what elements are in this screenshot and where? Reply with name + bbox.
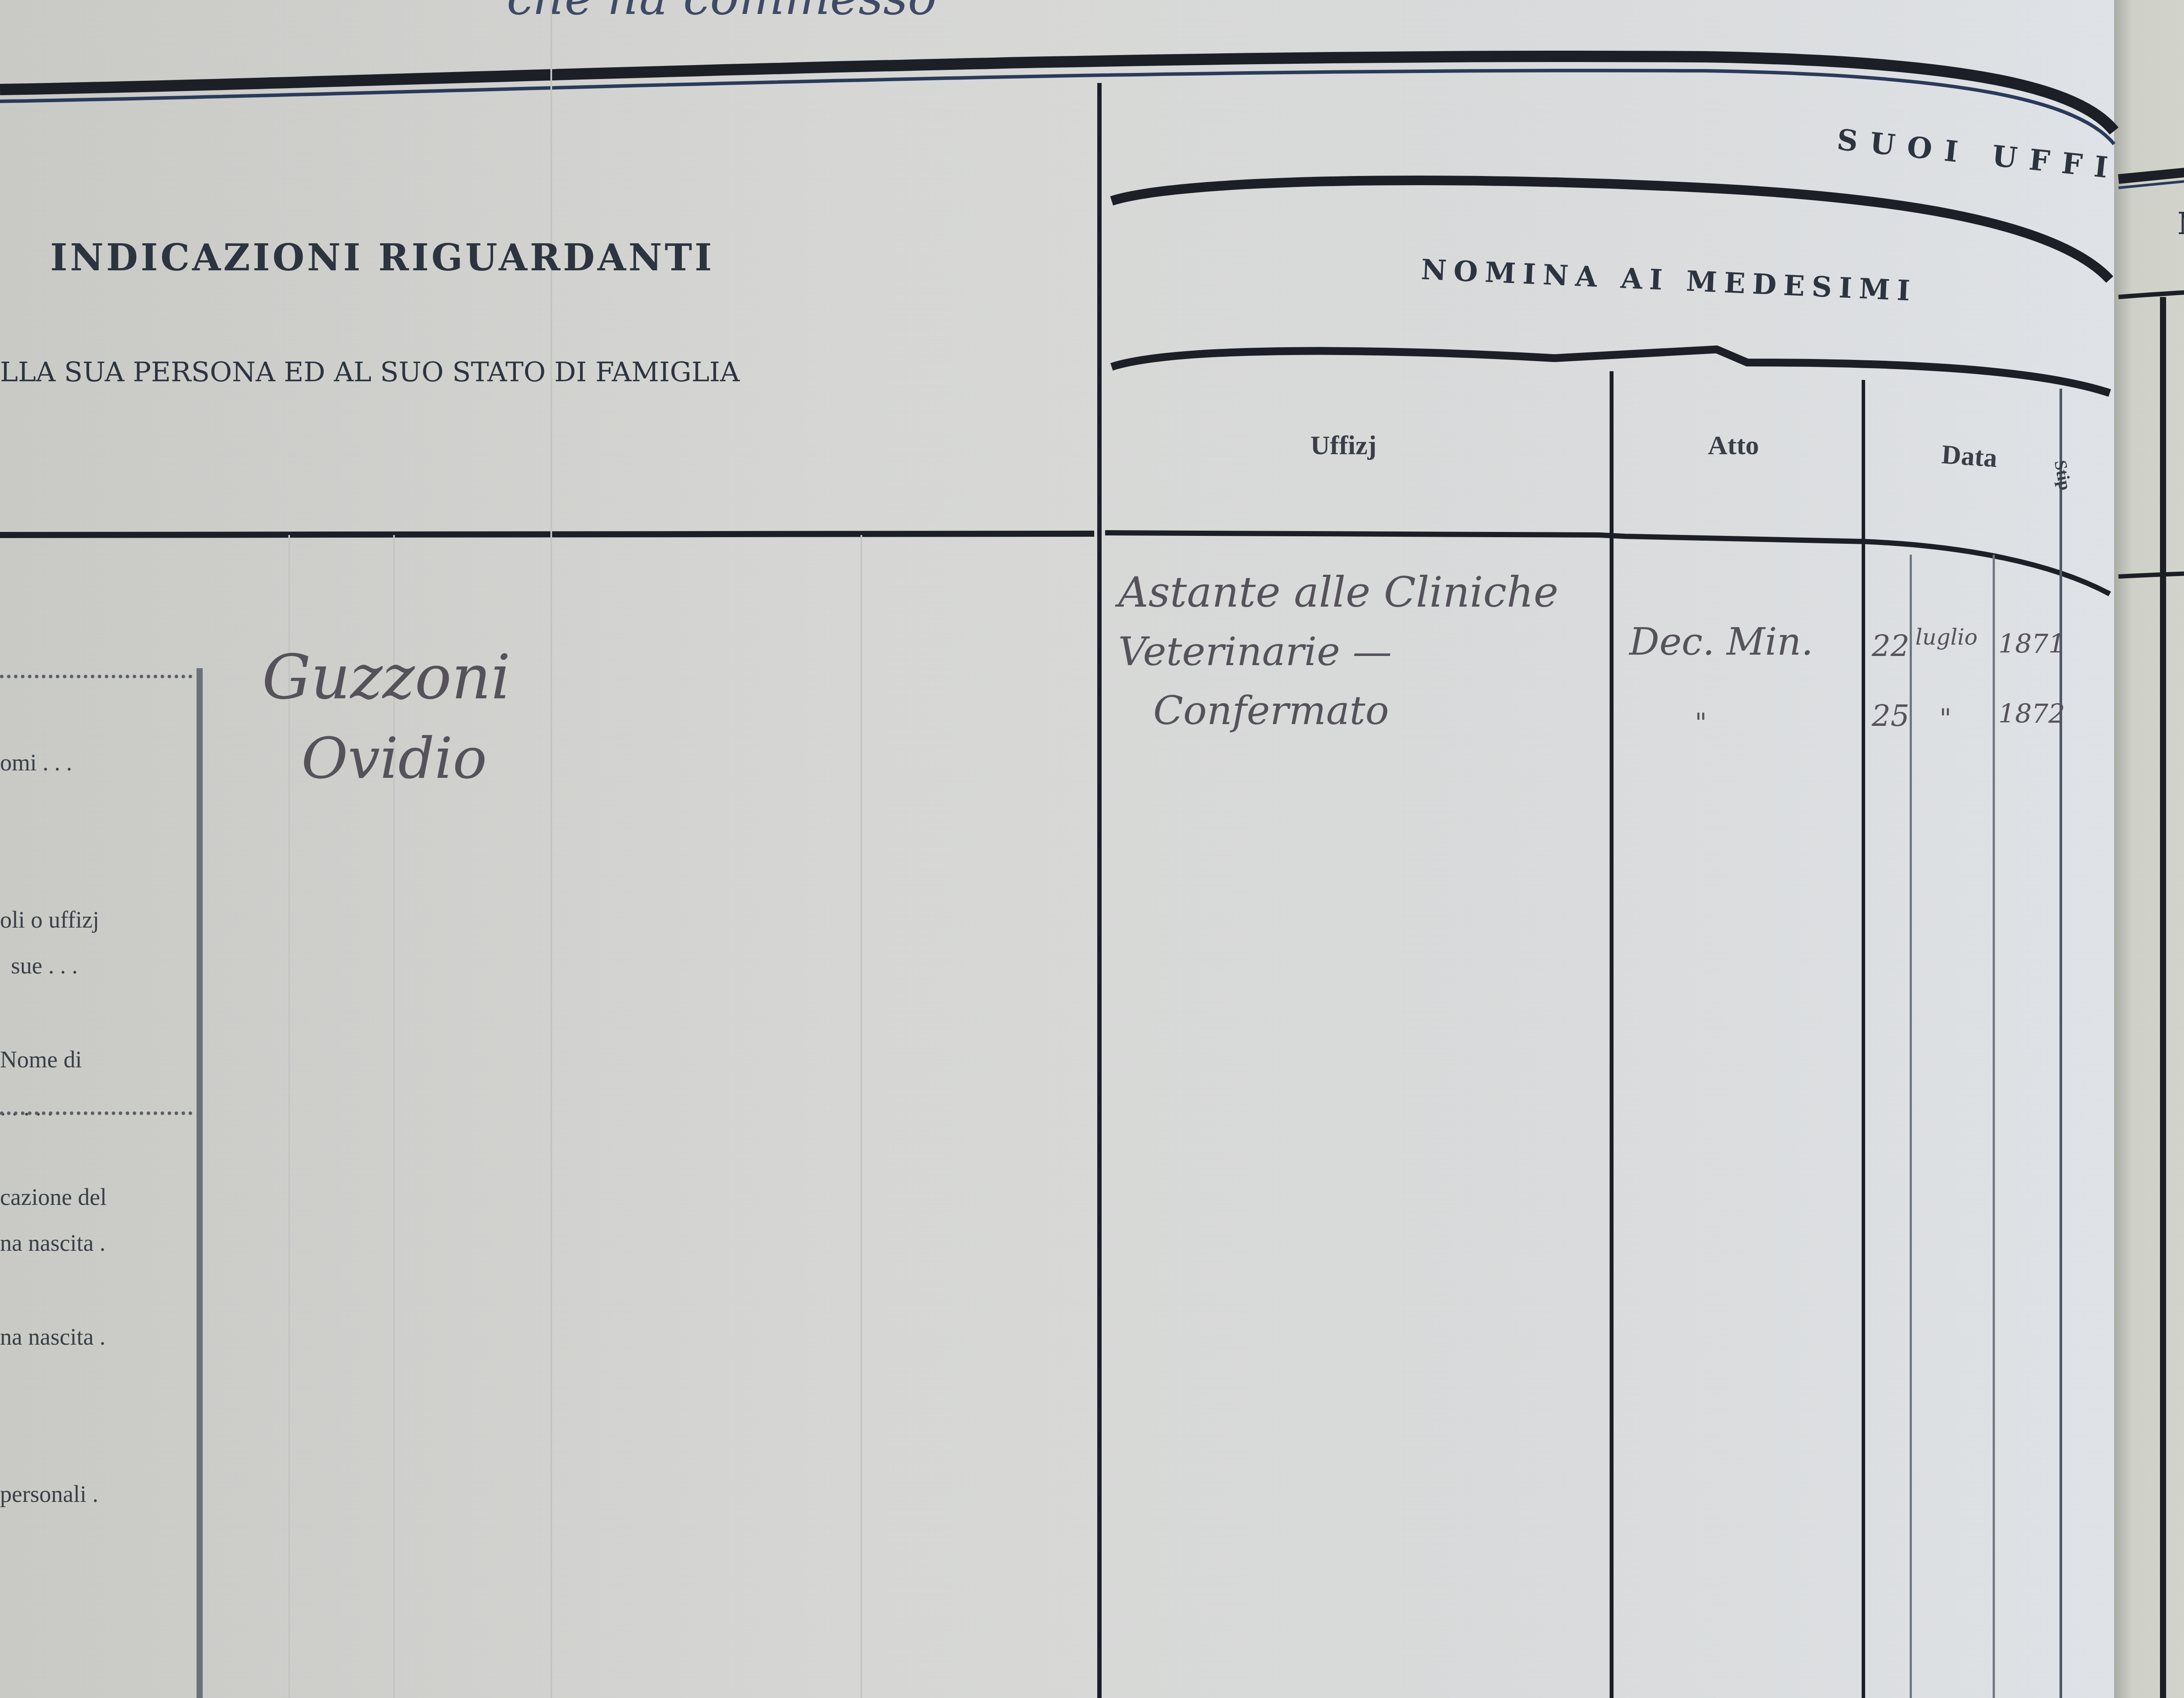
- row-label-parent-name: Nome di: [0, 1046, 82, 1073]
- column-divider-uffizj-atto: [1610, 371, 1614, 1698]
- row-3-year: 1872: [1998, 699, 2065, 729]
- row-1-day: 22: [1872, 629, 1910, 663]
- entry-given-name: Ovidio: [301, 725, 487, 791]
- row-3-uffizj: Confermato: [1153, 688, 1389, 734]
- entry-surname: Guzzoni: [262, 642, 511, 713]
- row-label-personal-notes: personali .: [0, 1481, 98, 1508]
- left-section-title: INDICAZIONI RIGUARDANTI: [50, 236, 714, 279]
- row-3-day: 25: [1872, 699, 1910, 733]
- row-3-atto: ": [1695, 707, 1707, 738]
- column-header-atto: Atto: [1708, 430, 1759, 461]
- column-divider-month: [1993, 555, 1995, 1698]
- column-header-uffizj: Uffizj: [1310, 430, 1376, 461]
- row-label-names: omi . . .: [0, 749, 72, 776]
- row-label-birth-place: cazione del: [0, 1184, 107, 1211]
- column-header-data: Data: [1941, 439, 1998, 474]
- row-1-month: luglio: [1915, 625, 1977, 650]
- row-3-month: ": [1939, 703, 1952, 734]
- row-1-atto: Dec. Min.: [1629, 620, 1813, 664]
- row-label-titles-offices: oli o uffizj: [0, 906, 99, 933]
- next-page-column-line: [2160, 297, 2166, 1698]
- column-divider-day: [1910, 555, 1912, 1698]
- row-1-uffizj: Astante alle Cliniche: [1118, 568, 1559, 617]
- section-divider-line: [1097, 83, 1102, 1698]
- next-page-title: NE: [2177, 205, 2184, 242]
- row-label-parent-name-2: . . . . .: [0, 1094, 53, 1121]
- row-label-titles-offices-2: sue . . .: [11, 952, 78, 979]
- row-2-uffizj: Veterinarie —: [1118, 629, 1392, 675]
- row-label-birth-place-2: na nascita .: [0, 1229, 105, 1256]
- column-divider-atto-data: [1862, 380, 1865, 1698]
- row-label-birth-date: na nascita .: [0, 1323, 105, 1350]
- row-1-year: 1871: [1998, 629, 2065, 659]
- column-divider-data-stip: [2060, 389, 2062, 1698]
- left-section-subtitle: LLA SUA PERSONA ED AL SUO STATO DI FAMIG…: [0, 356, 740, 388]
- label-column-line: [197, 668, 203, 1698]
